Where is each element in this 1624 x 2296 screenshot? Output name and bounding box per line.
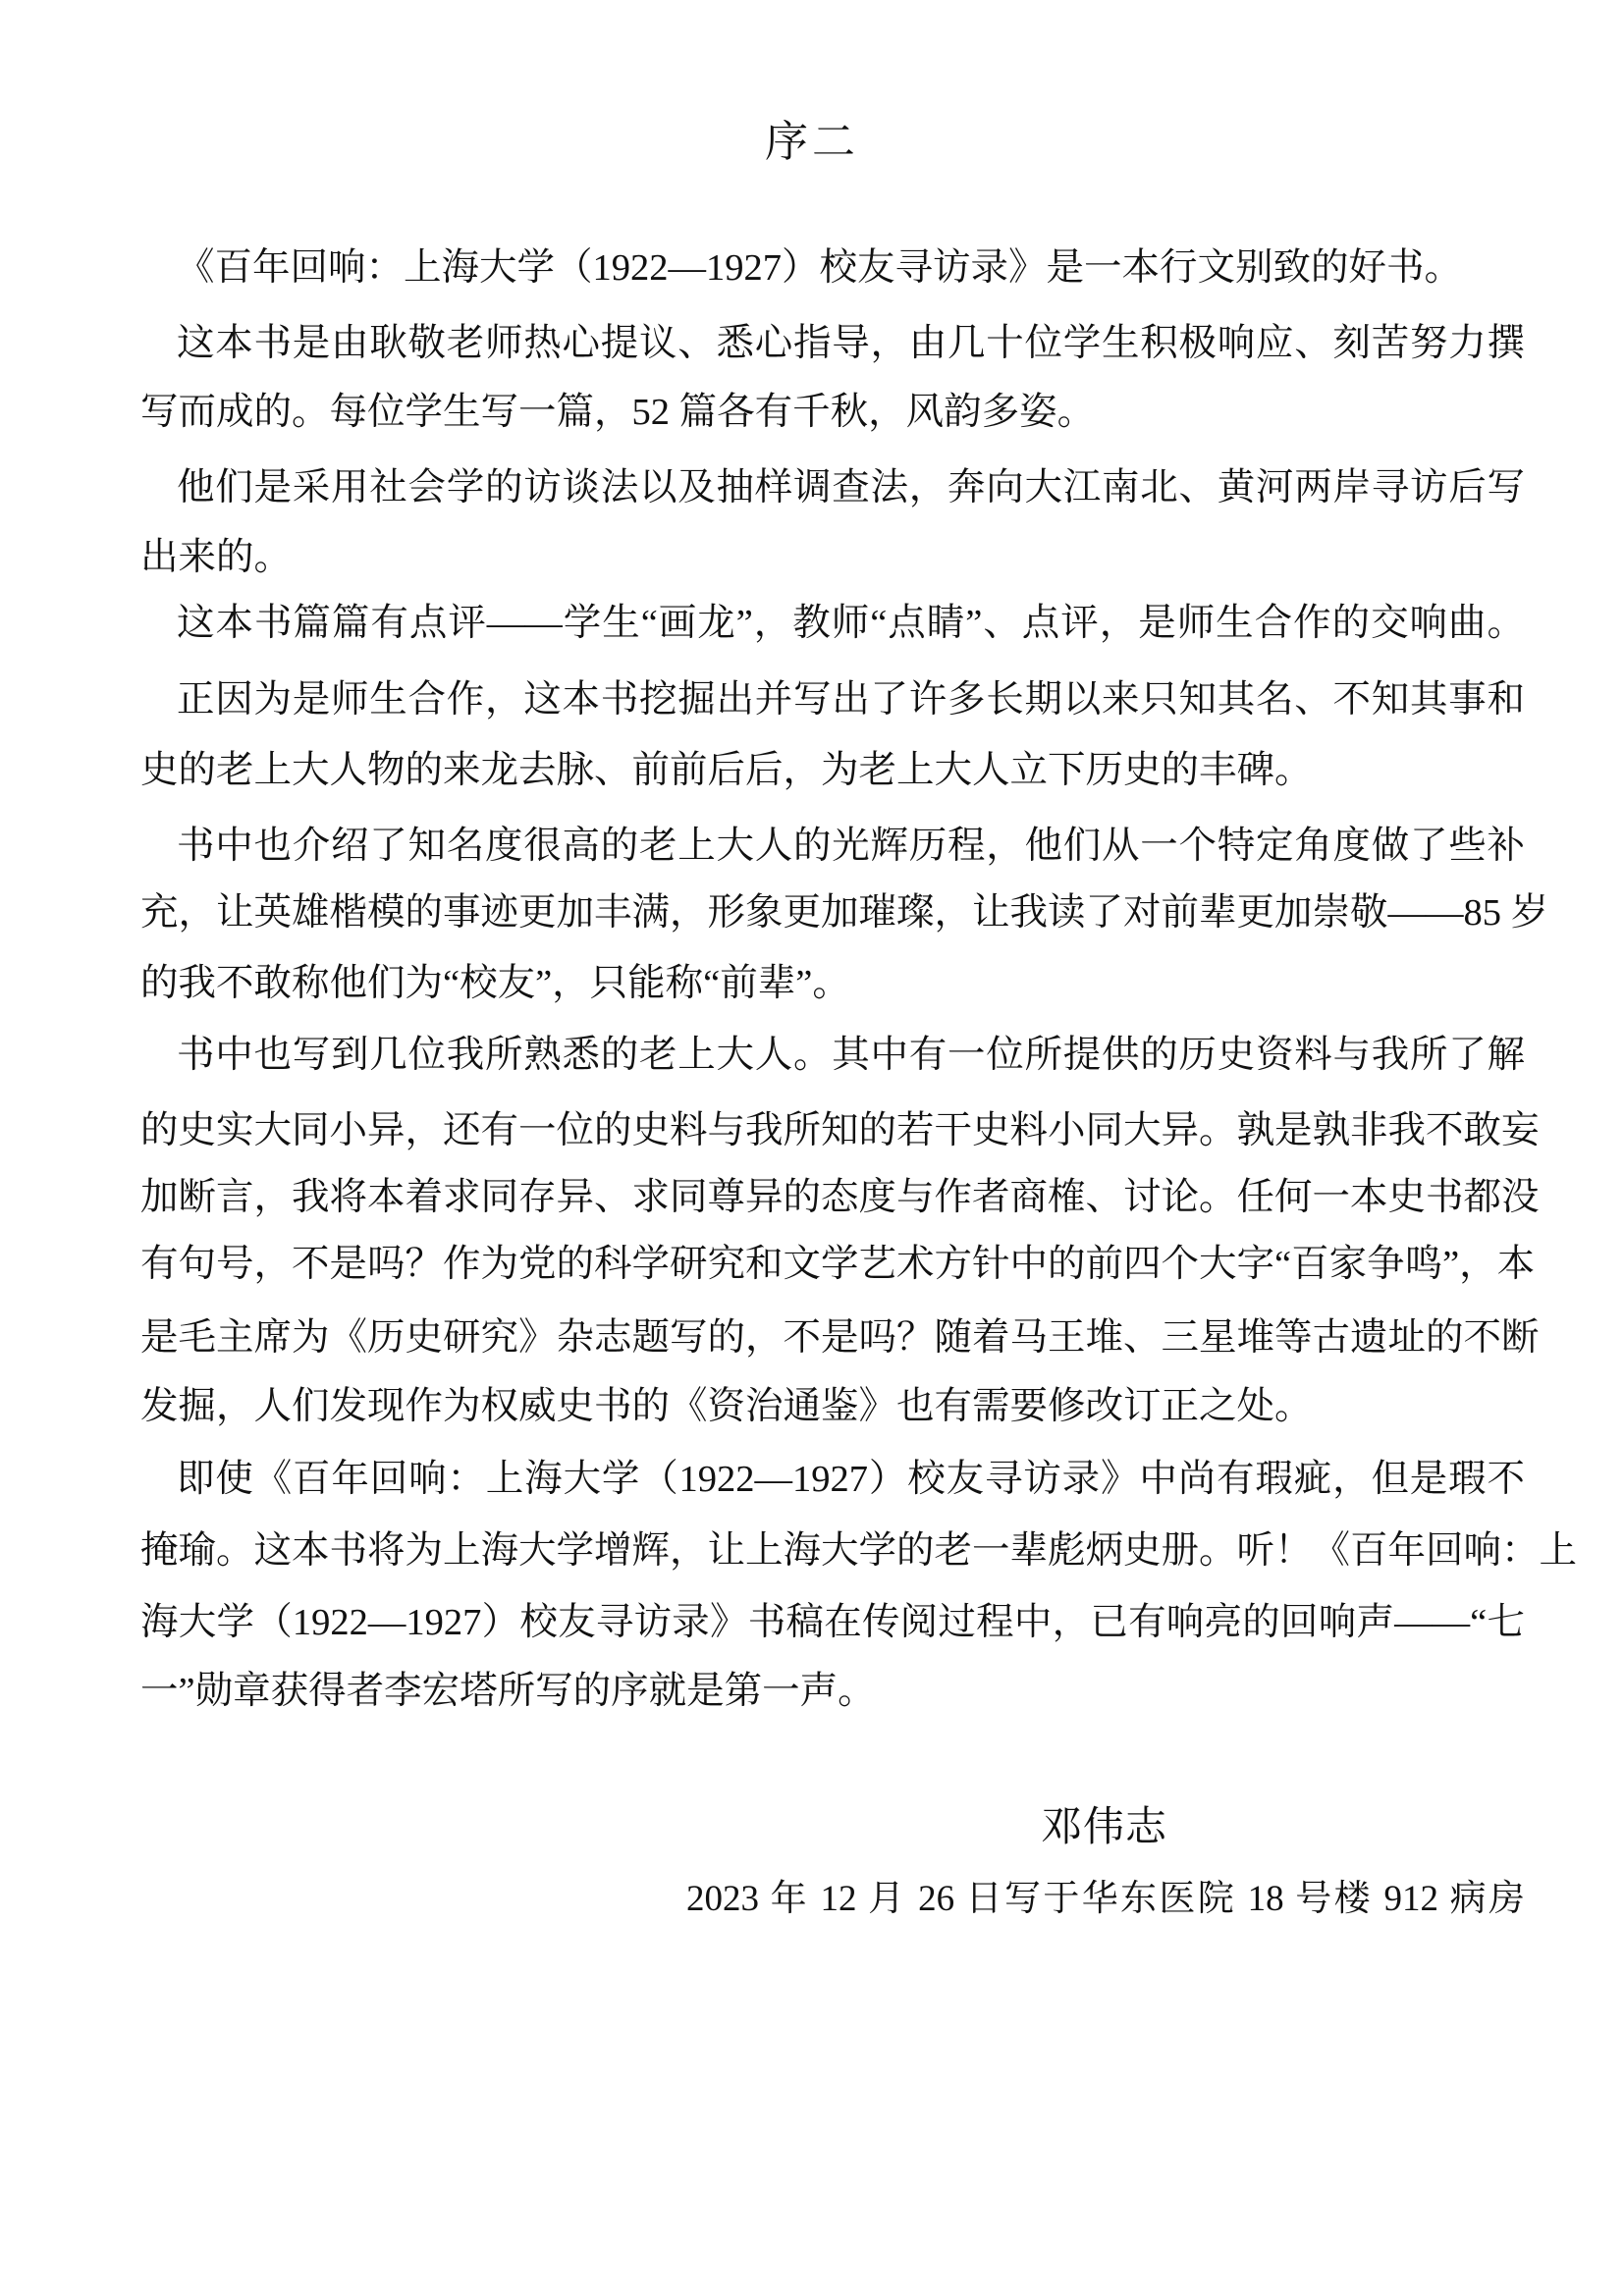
paragraph-7-line-5: 是毛主席为《历史研究》杂志题写的，不是吗？随着马王堆、三星堆等古遗址的不断 (140, 1315, 1525, 1361)
paragraph-5-line-2: 史的老上大人物的来龙去脉、前前后后，为老上大人立下历史的丰碑。 (140, 748, 1313, 793)
paragraph-7-line-1: 书中也写到几位我所熟悉的老上大人。其中有一位所提供的历史资料与我所了解 (177, 1033, 1525, 1078)
page-title: 序二 (0, 116, 1624, 169)
paragraph-2-line-1: 这本书是由耿敬老师热心提议、悉心指导，由几十位学生积极响应、刻苦努力撰 (177, 321, 1525, 366)
paragraph-5-line-1: 正因为是师生合作，这本书挖掘出并写出了许多长期以来只知其名、不知其事和 (177, 677, 1525, 722)
author-signature: 邓伟志 (1041, 1804, 1167, 1851)
document-page: 序二 《百年回响：上海大学（1922—1927）校友寻访录》是一本行文别致的好书… (0, 0, 1624, 2296)
date-and-place: 2023 年 12 月 26 日写于华东医院 18 号楼 912 病房 (686, 1877, 1525, 1922)
paragraph-7-line-3: 加断言，我将本着求同存异、求同尊异的态度与作者商榷、讨论。任何一本史书都没 (140, 1175, 1525, 1220)
paragraph-6-line-2: 充，让英雄楷模的事迹更加丰满，形象更加璀璨，让我读了对前辈更加崇敬——85 岁 (140, 890, 1525, 935)
paragraph-8-line-3: 海大学（1922—1927）校友寻访录》书稿在传阅过程中，已有响亮的回响声——“… (140, 1600, 1525, 1645)
paragraph-8-line-1: 即使《百年回响：上海大学（1922—1927）校友寻访录》中尚有瑕疵，但是瑕不 (177, 1457, 1525, 1502)
paragraph-1-line-1: 《百年回响：上海大学（1922—1927）校友寻访录》是一本行文别致的好书。 (177, 245, 1462, 291)
paragraph-2-line-2: 写而成的。每位学生写一篇，52 篇各有千秋，风韵多姿。 (140, 390, 1095, 435)
paragraph-7-line-6: 发掘，人们发现作为权威史书的《资治通鉴》也有需要修改订正之处。 (140, 1384, 1313, 1429)
paragraph-6-line-3: 的我不敢称他们为“校友”，只能称“前辈”。 (140, 961, 850, 1006)
paragraph-3-line-2: 出来的。 (140, 535, 292, 580)
paragraph-8-line-2: 掩瑜。这本书将为上海大学增辉，让上海大学的老一辈彪炳史册。听！《百年回响：上 (140, 1528, 1525, 1574)
paragraph-4-line-1: 这本书篇篇有点评——学生“画龙”，教师“点睛”、点评，是师生合作的交响曲。 (177, 601, 1525, 646)
paragraph-8-line-4: 一”勋章获得者李宏塔所写的序就是第一声。 (140, 1669, 876, 1714)
paragraph-6-line-1: 书中也介绍了知名度很高的老上大人的光辉历程，他们从一个特定角度做了些补 (177, 824, 1525, 869)
paragraph-7-line-4: 有句号，不是吗？作为党的科学研究和文学艺术方针中的前四个大字“百家争鸣”，本 (140, 1242, 1525, 1287)
paragraph-3-line-1: 他们是采用社会学的访谈法以及抽样调查法，奔向大江南北、黄河两岸寻访后写 (177, 465, 1525, 510)
paragraph-7-line-2: 的史实大同小异，还有一位的史料与我所知的若干史料小同大异。孰是孰非我不敢妄 (140, 1108, 1525, 1153)
